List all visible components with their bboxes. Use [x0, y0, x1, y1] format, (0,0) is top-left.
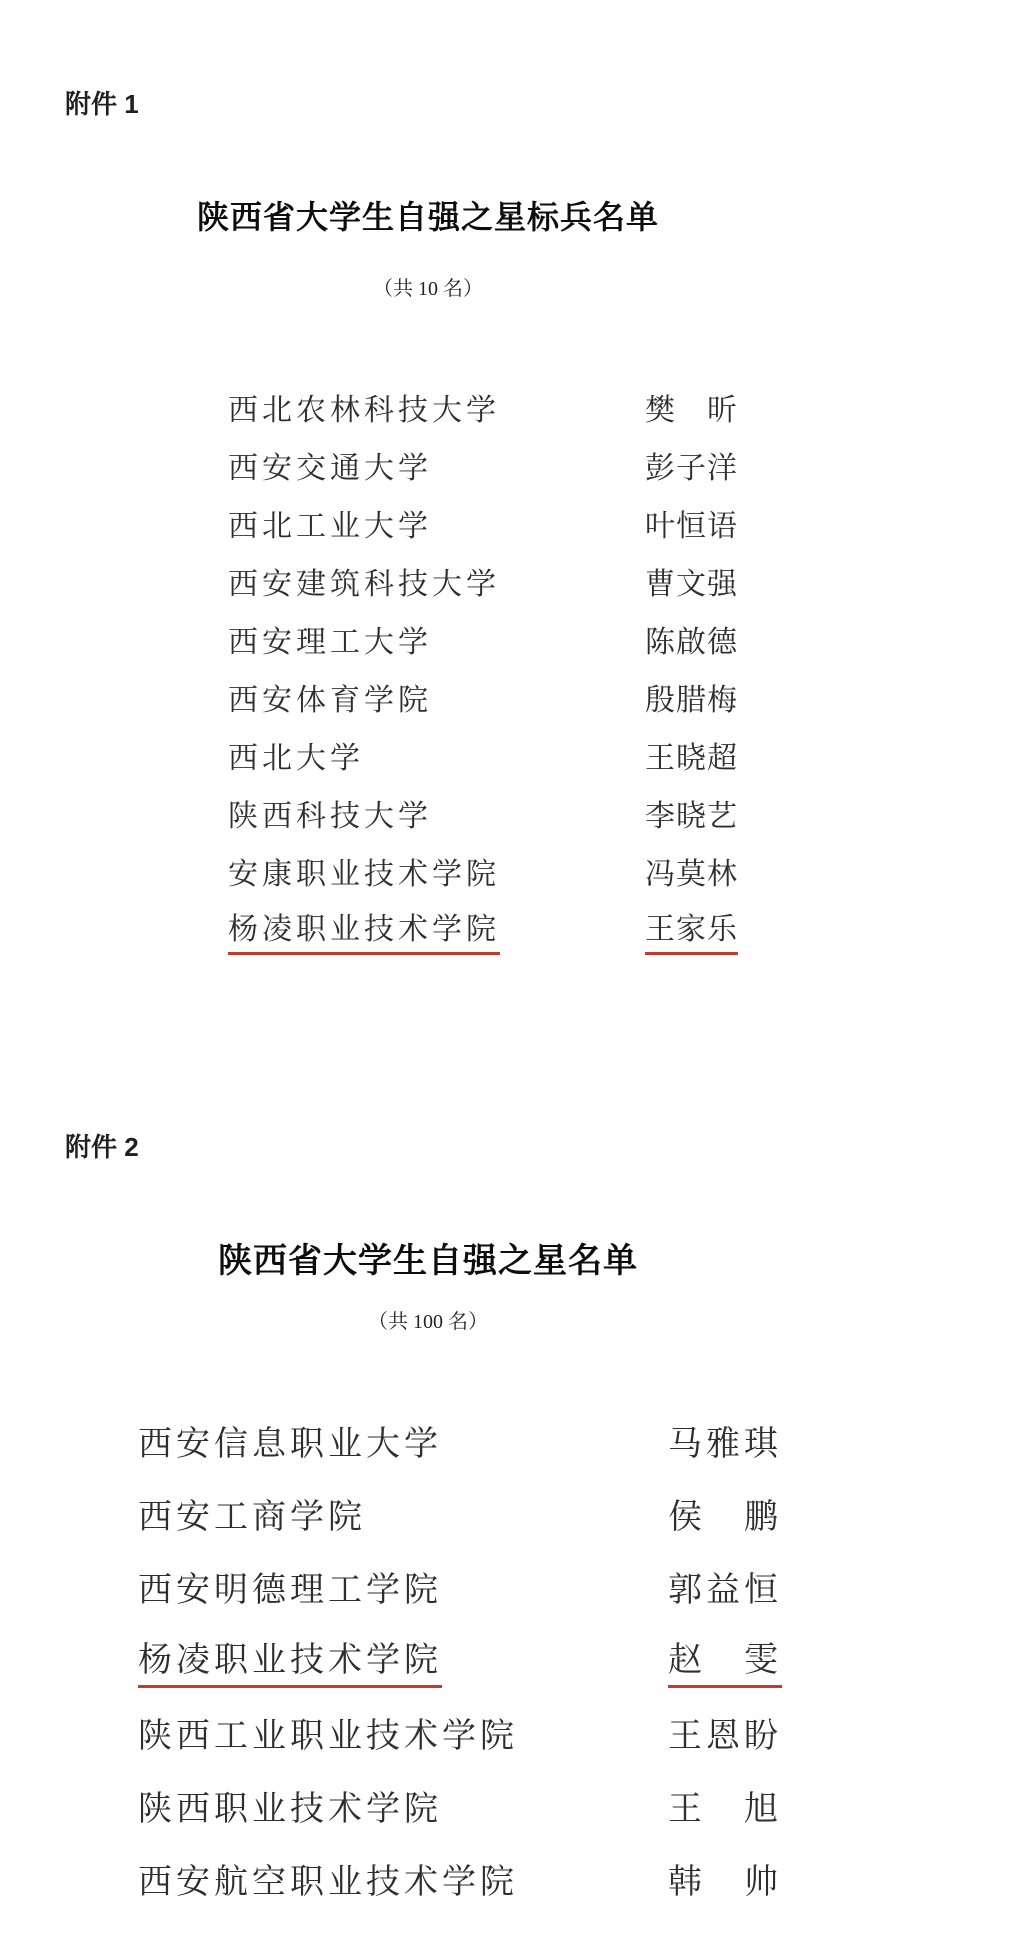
school-name: 陕西工业职业技术学院 [138, 1708, 668, 1757]
student-name: 赵 雯 [668, 1632, 782, 1688]
student-name: 王 旭 [668, 1781, 782, 1830]
student-name: 王晓超 [645, 733, 738, 777]
list-row: 西安明德理工学院 郭益恒 [0, 1550, 1024, 1623]
attachment1-list: 西北农林科技大学 樊 昕 西安交通大学 彭子洋 西北工业大学 叶恒语 西安建筑科… [0, 378, 1024, 958]
list-row: 西北大学 王晓超 [0, 726, 1024, 784]
attachment1-title: 陕西省大学生自强之星标兵名单 [0, 192, 856, 238]
list-row: 西安信息职业大学 马雅琪 [0, 1404, 1024, 1477]
student-name: 冯莫林 [645, 849, 738, 893]
school-name: 杨凌职业技术学院 [228, 904, 645, 955]
school-name: 西北大学 [228, 733, 645, 777]
student-name: 彭子洋 [645, 443, 738, 487]
list-row: 西安建筑科技大学 曹文强 [0, 552, 1024, 610]
student-name: 郭益恒 [668, 1562, 782, 1611]
school-name: 西安理工大学 [228, 617, 645, 661]
attachment1-count-note: （共 10 名） [0, 272, 856, 301]
school-name: 西安工商学院 [138, 1489, 668, 1538]
student-name: 马雅琪 [668, 1416, 782, 1465]
student-name: 韩 帅 [668, 1854, 782, 1903]
school-name: 杨凌职业技术学院 [138, 1632, 668, 1688]
school-name: 陕西科技大学 [228, 791, 645, 835]
student-name: 李晓艺 [645, 791, 738, 835]
student-name: 殷腊梅 [645, 675, 738, 719]
list-row: 西安理工大学 陈啟德 [0, 610, 1024, 668]
school-name: 陕西职业技术学院 [138, 1781, 668, 1830]
list-row: 陕西工业职业技术学院 王恩盼 [0, 1696, 1024, 1769]
document-page: 附件 1 陕西省大学生自强之星标兵名单 （共 10 名） 西北农林科技大学 樊 … [0, 0, 1024, 1940]
list-row-highlighted: 杨凌职业技术学院 赵 雯 [0, 1623, 1024, 1696]
attachment2-count-note: （共 100 名） [0, 1305, 856, 1334]
school-name: 西安明德理工学院 [138, 1562, 668, 1611]
school-name: 西安航空职业技术学院 [138, 1854, 668, 1903]
list-row: 陕西职业技术学院 王 旭 [0, 1769, 1024, 1842]
student-name: 陈啟德 [645, 617, 738, 661]
list-row: 陕西科技大学 李晓艺 [0, 784, 1024, 842]
attachment2-list: 西安信息职业大学 马雅琪 西安工商学院 侯 鹏 西安明德理工学院 郭益恒 杨凌职… [0, 1404, 1024, 1915]
list-row: 西北农林科技大学 樊 昕 [0, 378, 1024, 436]
school-name: 西安建筑科技大学 [228, 559, 645, 603]
list-row: 西安工商学院 侯 鹏 [0, 1477, 1024, 1550]
list-row: 安康职业技术学院 冯莫林 [0, 842, 1024, 900]
student-name: 叶恒语 [645, 501, 738, 545]
list-row-highlighted: 杨凌职业技术学院 王家乐 [0, 900, 1024, 958]
list-row: 西北工业大学 叶恒语 [0, 494, 1024, 552]
student-name: 侯 鹏 [668, 1489, 782, 1538]
school-name: 西安体育学院 [228, 675, 645, 719]
attachment1-label: 附件 1 [65, 84, 139, 121]
attachment2-title: 陕西省大学生自强之星名单 [0, 1233, 856, 1282]
student-name: 曹文强 [645, 559, 738, 603]
school-name: 西北工业大学 [228, 501, 645, 545]
attachment2-label: 附件 2 [65, 1127, 139, 1164]
list-row: 西安体育学院 殷腊梅 [0, 668, 1024, 726]
list-row: 西安交通大学 彭子洋 [0, 436, 1024, 494]
school-name: 西北农林科技大学 [228, 385, 645, 429]
student-name: 王恩盼 [668, 1708, 782, 1757]
list-row: 西安航空职业技术学院 韩 帅 [0, 1842, 1024, 1915]
school-name: 西安信息职业大学 [138, 1416, 668, 1465]
student-name: 王家乐 [645, 904, 738, 955]
school-name: 西安交通大学 [228, 443, 645, 487]
school-name: 安康职业技术学院 [228, 849, 645, 893]
student-name: 樊 昕 [645, 385, 738, 429]
